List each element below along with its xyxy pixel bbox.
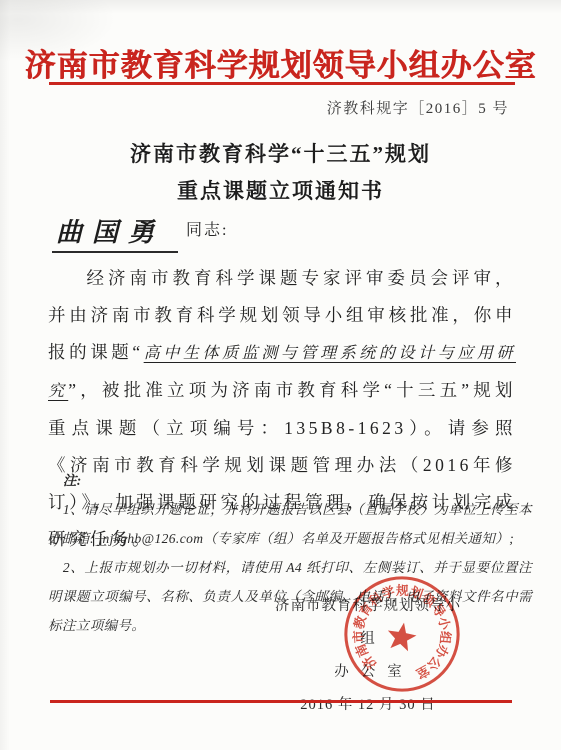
recipient-name-handwritten: 曲国勇 bbox=[52, 212, 178, 253]
salutation-suffix: 同志: bbox=[186, 222, 228, 239]
document-title: 济南市教育科学“十三五”规划 重点课题立项通知书 bbox=[0, 136, 561, 210]
bottom-red-divider bbox=[50, 700, 512, 703]
official-seal: 济南市教育科学规划领导小组办公室 bbox=[331, 563, 472, 704]
salutation: 曲国勇同志: bbox=[52, 212, 228, 253]
document-title-line1: 济南市教育科学“十三五”规划 bbox=[0, 136, 561, 173]
note-item-1: 1、请尽早组织开题论证，并将开题报告以区县（直属学校）为单位上传至本办邮箱: j… bbox=[48, 495, 532, 553]
document-number: 济教科规字［2016］5 号 bbox=[0, 97, 509, 118]
document-page: 济南市教育科学规划领导小组办公室 济教科规字［2016］5 号 济南市教育科学“… bbox=[0, 0, 561, 750]
document-title-line2: 重点课题立项通知书 bbox=[0, 173, 561, 210]
header-red-divider bbox=[49, 82, 515, 85]
notes-label: 注: bbox=[48, 466, 532, 495]
issuing-office-title: 济南市教育科学规划领导小组办公室 bbox=[0, 40, 561, 85]
seal-star-icon bbox=[385, 620, 418, 652]
